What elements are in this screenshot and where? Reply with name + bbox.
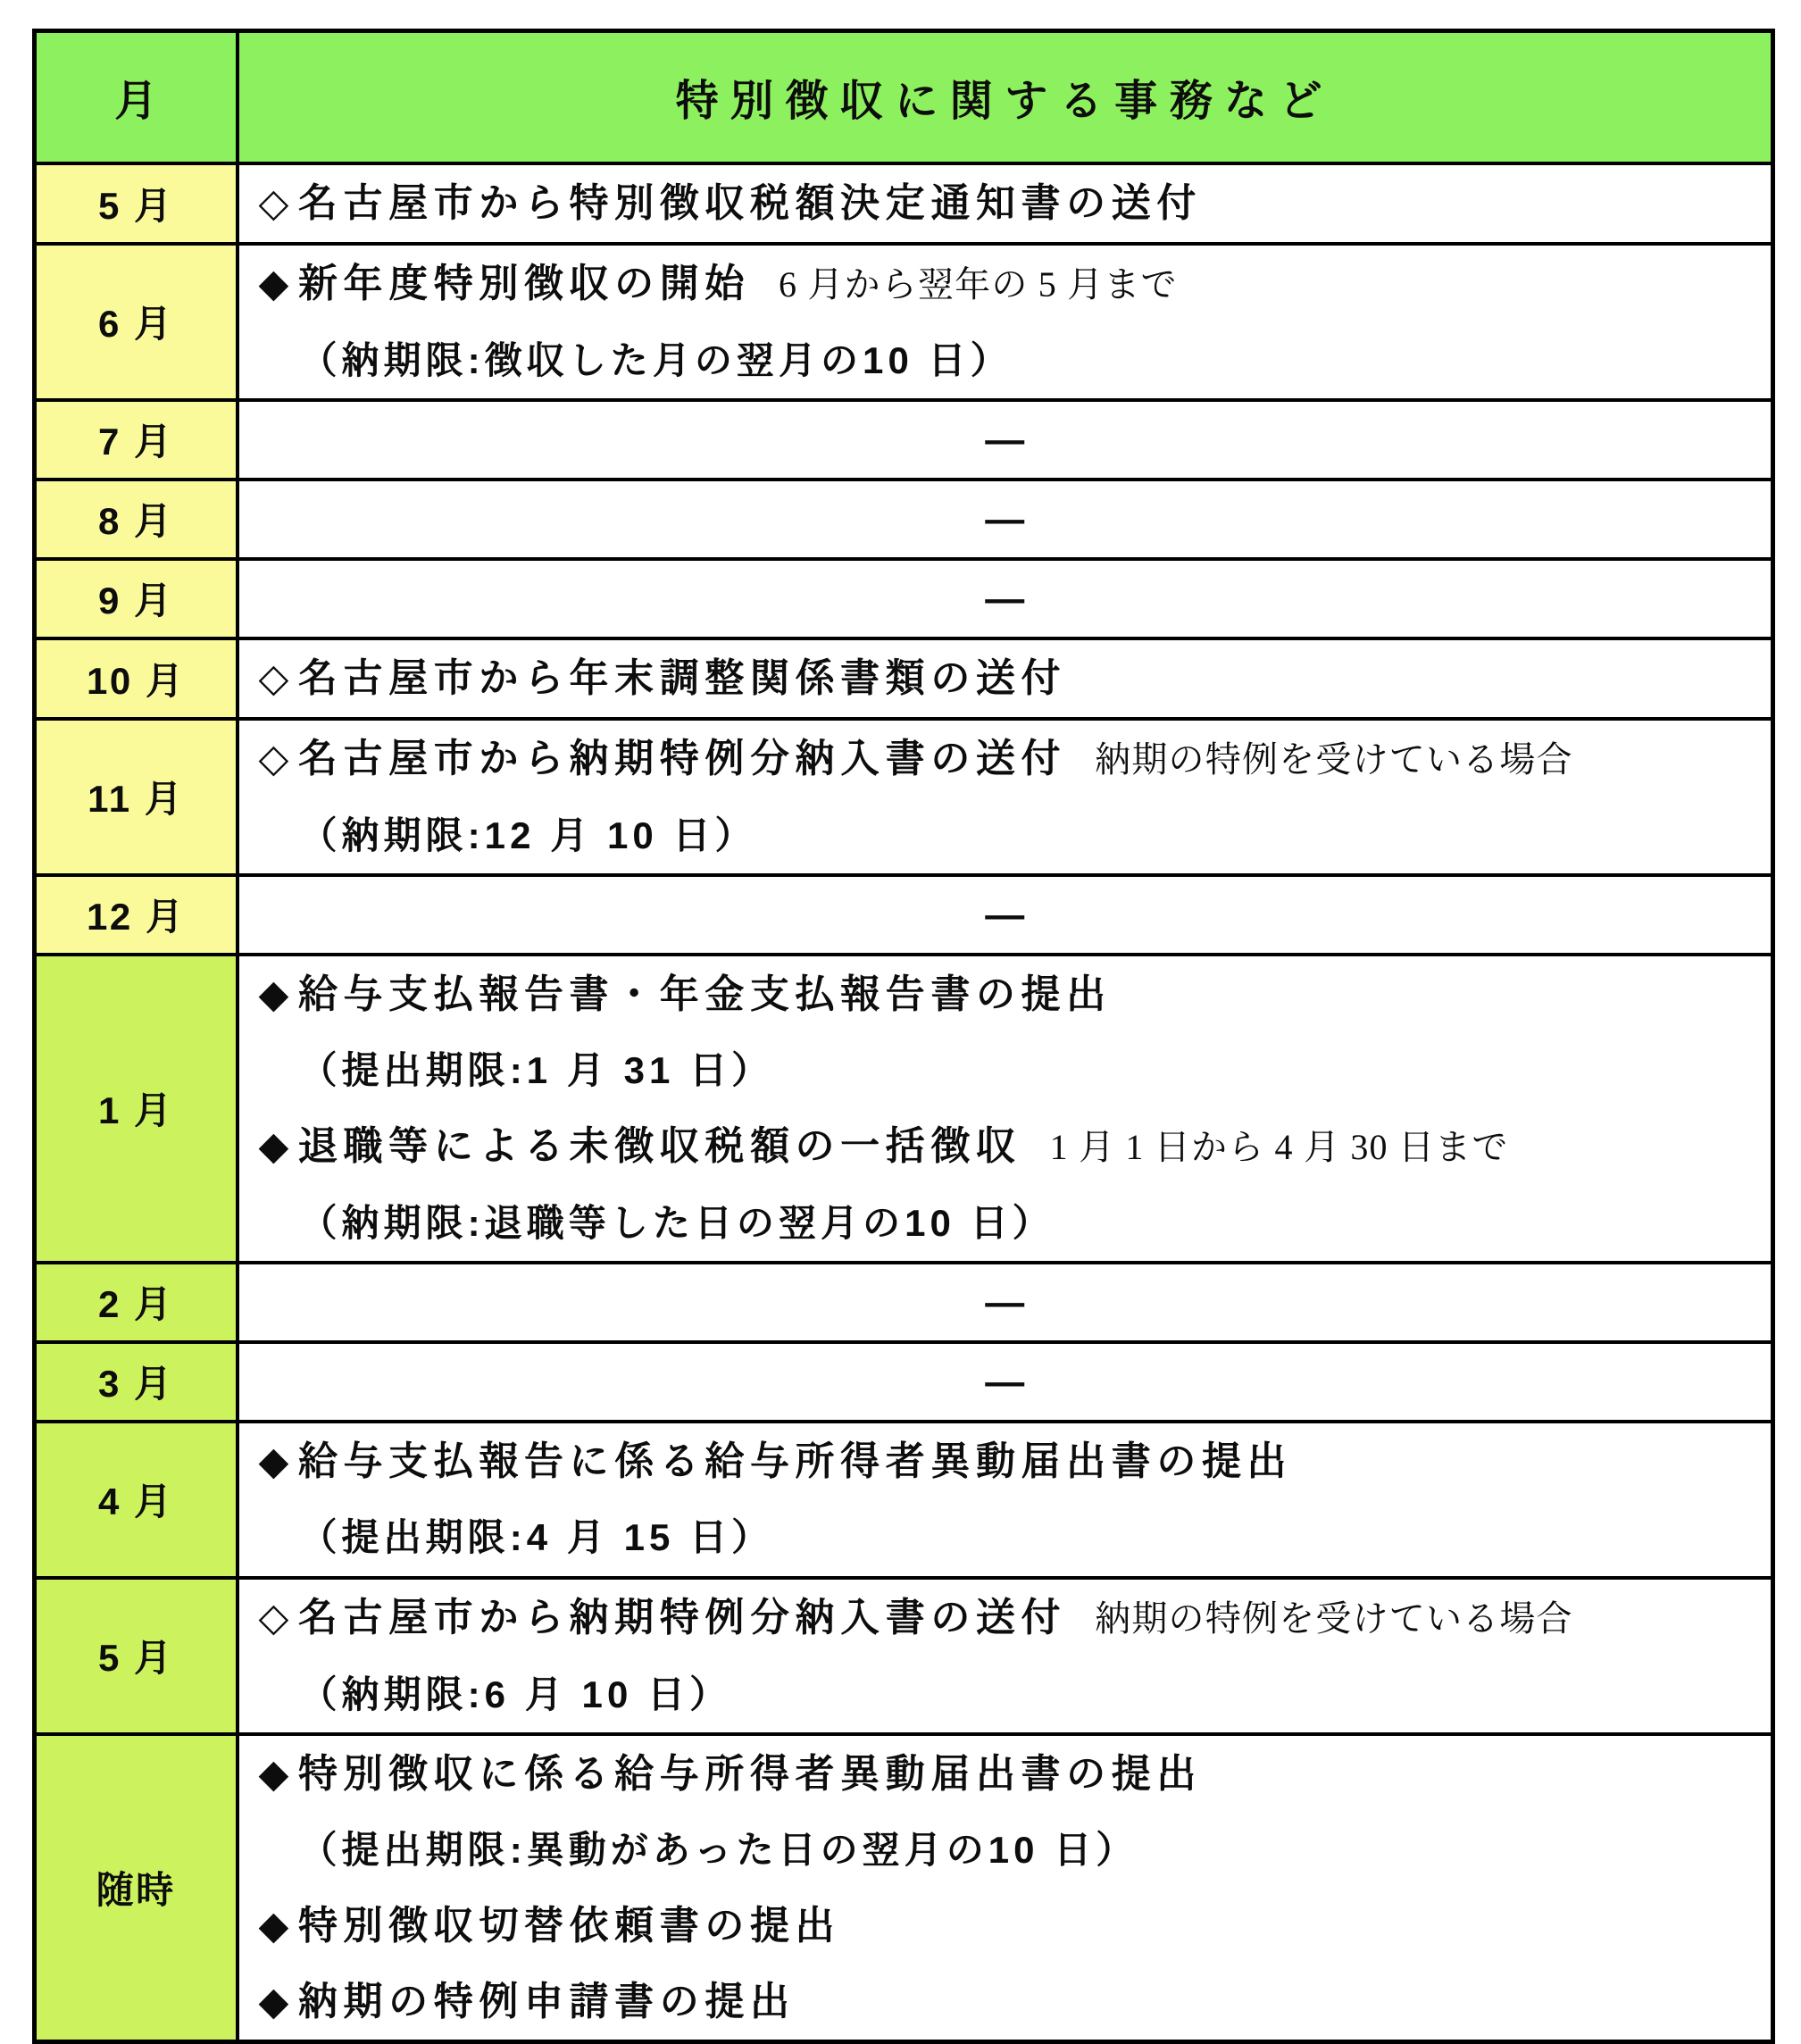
table-header: 月 特別徴収に関する事務など bbox=[35, 31, 1773, 163]
tasks-cell: ◆給与支払報告書・年金支払報告書の提出 （提出期限:1 月 31 日） ◆退職等… bbox=[238, 955, 1773, 1263]
tasks-cell: ― bbox=[238, 559, 1773, 638]
month-cell: 5 月 bbox=[35, 1578, 238, 1734]
table-row: 12 月 ― bbox=[35, 875, 1773, 955]
tasks-cell: ― bbox=[238, 400, 1773, 480]
task-note: 1 月 1 日から 4 月 30 日まで bbox=[1050, 1127, 1509, 1167]
month-cell: 5 月 bbox=[35, 163, 238, 244]
tasks-column-header: 特別徴収に関する事務など bbox=[238, 31, 1773, 163]
table-row: 3 月 ― bbox=[35, 1342, 1773, 1422]
tasks-cell: ◆給与支払報告に係る給与所得者異動届出書の提出 （提出期限:4 月 15 日） bbox=[238, 1422, 1773, 1578]
tasks-cell: ◆新年度特別徴収の開始6 月から翌年の 5 月まで （納期限:徴収した月の翌月の… bbox=[238, 244, 1773, 400]
table-row: 7 月 ― bbox=[35, 400, 1773, 480]
month-cell: 随時 bbox=[35, 1734, 238, 2042]
task-item: ◆給与支払報告に係る給与所得者異動届出書の提出 bbox=[259, 1423, 1772, 1499]
tasks-cell: ◇名古屋市から年末調整関係書類の送付 bbox=[238, 638, 1773, 719]
month-cell: 2 月 bbox=[35, 1263, 238, 1342]
tasks-cell: ◇名古屋市から納期特例分納入書の送付納期の特例を受けている場合 （納期限:6 月… bbox=[238, 1578, 1773, 1734]
tasks-cell: ◇名古屋市から納期特例分納入書の送付納期の特例を受けている場合 （納期限:12 … bbox=[238, 719, 1773, 875]
table-row: 5 月 ◇名古屋市から特別徴収税額決定通知書の送付 bbox=[35, 163, 1773, 244]
black-diamond-icon: ◆ bbox=[259, 262, 295, 305]
black-diamond-icon: ◆ bbox=[259, 1124, 295, 1168]
empty-dash: ― bbox=[239, 877, 1772, 953]
task-deadline: （納期限:6 月 10 日） bbox=[259, 1656, 1772, 1732]
task-item: ◇名古屋市から年末調整関係書類の送付 bbox=[259, 640, 1772, 716]
task-item: ◆給与支払報告書・年金支払報告書の提出 bbox=[259, 956, 1772, 1032]
task-text: 新年度特別徴収の開始 bbox=[298, 262, 750, 305]
task-item: ◆新年度特別徴収の開始6 月から翌年の 5 月まで bbox=[259, 246, 1772, 322]
month-cell: 9 月 bbox=[35, 559, 238, 638]
white-diamond-icon: ◇ bbox=[259, 656, 295, 700]
tasks-cell: ― bbox=[238, 1342, 1773, 1422]
empty-dash: ― bbox=[239, 1344, 1772, 1420]
table-row: 4 月 ◆給与支払報告に係る給与所得者異動届出書の提出 （提出期限:4 月 15… bbox=[35, 1422, 1773, 1578]
task-item: ◆特別徴収切替依頼書の提出 bbox=[259, 1888, 1772, 1964]
black-diamond-icon: ◆ bbox=[259, 1439, 295, 1483]
task-text: 名古屋市から納期特例分納入書の送付 bbox=[298, 737, 1066, 780]
white-diamond-icon: ◇ bbox=[259, 1596, 295, 1639]
tasks-cell: ◆特別徴収に係る給与所得者異動届出書の提出 （提出期限:異動があった日の翌月の1… bbox=[238, 1734, 1773, 2042]
task-note: 納期の特例を受けている場合 bbox=[1095, 1598, 1573, 1639]
tasks-cell: ◇名古屋市から特別徴収税額決定通知書の送付 bbox=[238, 163, 1773, 244]
month-cell: 11 月 bbox=[35, 719, 238, 875]
task-deadline: （提出期限:4 月 15 日） bbox=[259, 1499, 1772, 1575]
table-row: 6 月 ◆新年度特別徴収の開始6 月から翌年の 5 月まで （納期限:徴収した月… bbox=[35, 244, 1773, 400]
empty-dash: ― bbox=[239, 481, 1772, 557]
task-text: 給与支払報告に係る給与所得者異動届出書の提出 bbox=[298, 1439, 1292, 1483]
task-item: ◆退職等による未徴収税額の一括徴収1 月 1 日から 4 月 30 日まで bbox=[259, 1108, 1772, 1185]
black-diamond-icon: ◆ bbox=[259, 1904, 295, 1948]
table-row: 1 月 ◆給与支払報告書・年金支払報告書の提出 （提出期限:1 月 31 日） … bbox=[35, 955, 1773, 1263]
table-row: 随時 ◆特別徴収に係る給与所得者異動届出書の提出 （提出期限:異動があった日の翌… bbox=[35, 1734, 1773, 2042]
month-cell: 7 月 bbox=[35, 400, 238, 480]
task-text: 退職等による未徴収税額の一括徴収 bbox=[298, 1124, 1021, 1168]
task-deadline: （提出期限:1 月 31 日） bbox=[259, 1032, 1772, 1108]
task-text: 名古屋市から納期特例分納入書の送付 bbox=[298, 1596, 1066, 1639]
table-row: 2 月 ― bbox=[35, 1263, 1773, 1342]
empty-dash: ― bbox=[239, 561, 1772, 637]
month-cell: 10 月 bbox=[35, 638, 238, 719]
tasks-cell: ― bbox=[238, 1263, 1773, 1342]
white-diamond-icon: ◇ bbox=[259, 181, 295, 225]
table-body: 5 月 ◇名古屋市から特別徴収税額決定通知書の送付 6 月 ◆新年度特別徴収の開… bbox=[35, 163, 1773, 2042]
task-item: ◇名古屋市から納期特例分納入書の送付納期の特例を受けている場合 bbox=[259, 1580, 1772, 1656]
task-deadline: （提出期限:異動があった日の翌月の10 日） bbox=[259, 1812, 1772, 1888]
black-diamond-icon: ◆ bbox=[259, 1980, 295, 2023]
month-cell: 4 月 bbox=[35, 1422, 238, 1578]
month-cell: 8 月 bbox=[35, 480, 238, 559]
header-row: 月 特別徴収に関する事務など bbox=[35, 31, 1773, 163]
month-cell: 1 月 bbox=[35, 955, 238, 1263]
task-deadline: （納期限:退職等した日の翌月の10 日） bbox=[259, 1185, 1772, 1261]
task-deadline: （納期限:12 月 10 日） bbox=[259, 797, 1772, 873]
task-text: 特別徴収に係る給与所得者異動届出書の提出 bbox=[298, 1752, 1202, 1796]
task-text: 特別徴収切替依頼書の提出 bbox=[298, 1904, 840, 1948]
task-text: 名古屋市から特別徴収税額決定通知書の送付 bbox=[298, 181, 1202, 225]
table-row: 8 月 ― bbox=[35, 480, 1773, 559]
table-row: 5 月 ◇名古屋市から納期特例分納入書の送付納期の特例を受けている場合 （納期限… bbox=[35, 1578, 1773, 1734]
task-text: 納期の特例申請書の提出 bbox=[298, 1980, 796, 2023]
task-text: 名古屋市から年末調整関係書類の送付 bbox=[298, 656, 1066, 700]
tasks-cell: ― bbox=[238, 875, 1773, 955]
task-deadline: （納期限:徴収した月の翌月の10 日） bbox=[259, 322, 1772, 398]
month-cell: 12 月 bbox=[35, 875, 238, 955]
month-cell: 3 月 bbox=[35, 1342, 238, 1422]
special-collection-schedule-table: 月 特別徴収に関する事務など 5 月 ◇名古屋市から特別徴収税額決定通知書の送付… bbox=[32, 29, 1775, 2044]
task-note: 納期の特例を受けている場合 bbox=[1095, 739, 1573, 780]
black-diamond-icon: ◆ bbox=[259, 972, 295, 1016]
month-cell: 6 月 bbox=[35, 244, 238, 400]
task-note: 6 月から翌年の 5 月まで bbox=[779, 264, 1178, 305]
task-text: 給与支払報告書・年金支払報告書の提出 bbox=[298, 972, 1112, 1016]
tasks-cell: ― bbox=[238, 480, 1773, 559]
table-row: 10 月 ◇名古屋市から年末調整関係書類の送付 bbox=[35, 638, 1773, 719]
table-row: 11 月 ◇名古屋市から納期特例分納入書の送付納期の特例を受けている場合 （納期… bbox=[35, 719, 1773, 875]
empty-dash: ― bbox=[239, 402, 1772, 478]
document-page: 月 特別徴収に関する事務など 5 月 ◇名古屋市から特別徴収税額決定通知書の送付… bbox=[0, 0, 1801, 2043]
task-item: ◇名古屋市から特別徴収税額決定通知書の送付 bbox=[259, 165, 1772, 241]
empty-dash: ― bbox=[239, 1264, 1772, 1340]
task-item: ◆納期の特例申請書の提出 bbox=[259, 1964, 1772, 2040]
month-column-header: 月 bbox=[35, 31, 238, 163]
white-diamond-icon: ◇ bbox=[259, 737, 295, 780]
table-row: 9 月 ― bbox=[35, 559, 1773, 638]
task-item: ◆特別徴収に係る給与所得者異動届出書の提出 bbox=[259, 1736, 1772, 1812]
black-diamond-icon: ◆ bbox=[259, 1752, 295, 1796]
task-item: ◇名古屋市から納期特例分納入書の送付納期の特例を受けている場合 bbox=[259, 721, 1772, 797]
